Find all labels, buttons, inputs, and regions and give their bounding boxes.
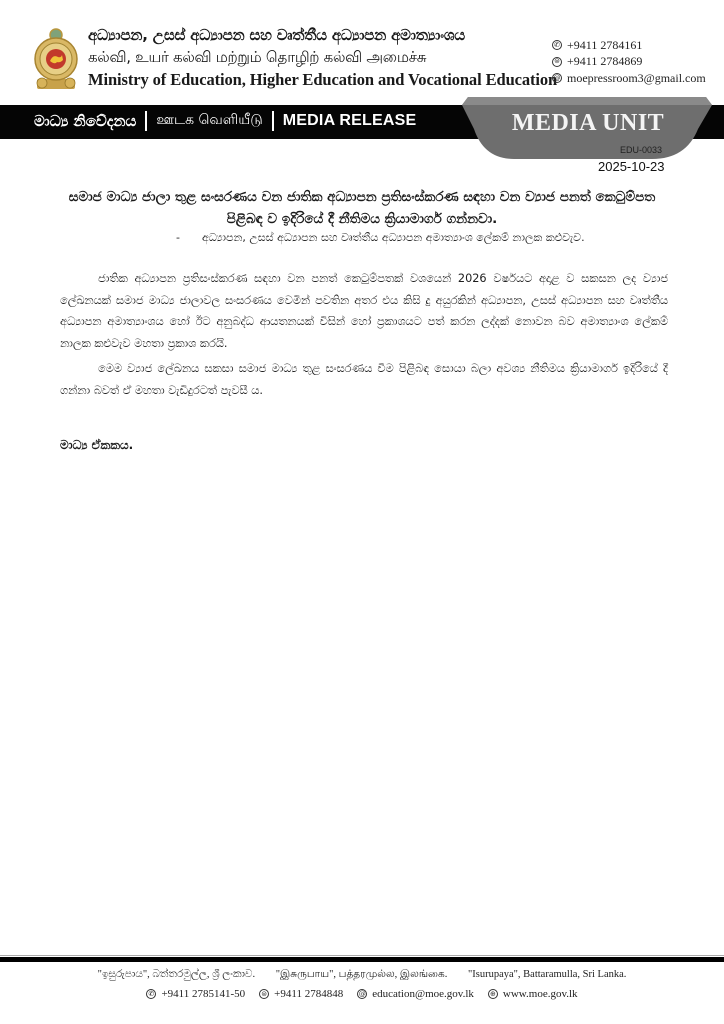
banner-label-sinhala: මාධ්‍ය නිවේදනය — [34, 112, 136, 130]
header-fax-number: +9411 2784869 — [567, 54, 642, 69]
banner-label-tamil: ஊடக வெளியீடு — [156, 112, 262, 130]
footer-contact-fax: ⊜ +9411 2784848 — [259, 988, 343, 1000]
header-contact-phone: ✆ +9411 2784161 — [552, 37, 706, 54]
attribution-dash: - — [176, 231, 202, 244]
org-name-english: Ministry of Education, Higher Education … — [88, 70, 557, 90]
header-contact-email: @ moepressroom3@gmail.com — [552, 70, 706, 87]
footer-contact-website: ⊕ www.moe.gov.lk — [488, 988, 578, 1000]
header-phone-number: +9411 2784161 — [567, 38, 642, 53]
footer-rule — [0, 957, 724, 962]
banner-labels: මාධ්‍ය නිවේදනය ஊடக வெளியீடு MEDIA RELEAS… — [34, 111, 416, 131]
footer-rule-highlight — [0, 955, 724, 956]
reference-number: EDU-0033 — [620, 145, 662, 155]
body-paragraph: මෙම ව්‍යාජ ලේඛනය සකසා සමාජ මාධ්‍ය තුළ සං… — [60, 358, 668, 401]
email-icon: @ — [552, 73, 562, 83]
footer-contact-email: @ education@moe.gov.lk — [357, 988, 474, 1000]
phone-icon: ✆ — [552, 40, 562, 50]
footer-address-sinhala: "ඉසුරුපාය", බත්තරමුල්ල, ශ්‍රී ලංකාව. — [98, 969, 256, 980]
footer-website-link[interactable]: www.moe.gov.lk — [503, 988, 578, 1000]
release-date: 2025-10-23 — [598, 159, 665, 174]
header-contact-fax: ⊜ +9411 2784869 — [552, 54, 706, 71]
media-unit-title: MEDIA UNIT — [488, 110, 688, 137]
footer-address-tamil: "இசுருபாய", பத்தரமுல்ல, இலங்கை. — [276, 969, 448, 980]
fax-icon: ⊜ — [259, 989, 269, 999]
banner-divider — [145, 111, 147, 131]
body-paragraph: ජාතික අධ්‍යාපන ප්‍රතිසංස්කරණ සඳහා වන පනත… — [60, 268, 668, 354]
footer-phone-number: +9411 2785141-50 — [161, 988, 245, 1000]
banner-divider — [272, 111, 274, 131]
sri-lanka-emblem-logo — [31, 25, 81, 93]
release-attribution: -අධ්‍යාපන, උසස් අධ්‍යාපන සහ වෘත්තීය අධ්‍… — [176, 231, 585, 245]
org-name-sinhala: අධ්‍යාපන, උසස් අධ්‍යාපන සහ වෘත්තීය අධ්‍ය… — [88, 26, 465, 44]
footer-fax-number: +9411 2784848 — [274, 988, 343, 1000]
fax-icon: ⊜ — [552, 57, 562, 67]
footer-contact-phone: ✆ +9411 2785141-50 — [146, 988, 245, 1000]
footer-contacts: ✆ +9411 2785141-50 ⊜ +9411 2784848 @ edu… — [0, 988, 724, 1000]
release-title: සමාජ මාධ්‍ය ජාලා තුළ සංසරණය වන ජාතික අධ්… — [60, 186, 664, 230]
footer-email-address[interactable]: education@moe.gov.lk — [372, 988, 474, 1000]
header-contacts: ✆ +9411 2784161 ⊜ +9411 2784869 @ moepre… — [552, 37, 706, 87]
signature: මාධ්‍ය ඒකකය. — [60, 438, 133, 453]
header-email-address[interactable]: moepressroom3@gmail.com — [567, 71, 706, 86]
email-icon: @ — [357, 989, 367, 999]
org-name-tamil: கல்வி, உயர் கல்வி மற்றும் தொழிற் கல்வி அ… — [88, 48, 426, 68]
footer-address: "ඉසුරුපාය", බත්තරමුල්ල, ශ්‍රී ලංකාව. "இச… — [0, 968, 724, 981]
globe-icon: ⊕ — [488, 989, 498, 999]
attribution-text: අධ්‍යාපන, උසස් අධ්‍යාපන සහ වෘත්තීය අධ්‍ය… — [202, 231, 585, 244]
banner-label-english: MEDIA RELEASE — [283, 112, 417, 130]
phone-icon: ✆ — [146, 989, 156, 999]
footer-address-english: "Isurupaya", Battaramulla, Sri Lanka. — [468, 969, 626, 980]
